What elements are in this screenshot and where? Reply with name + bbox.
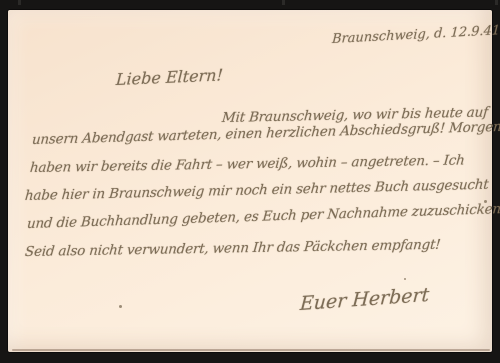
body-line: habe hier in Braunschweig mir noch ein s… [24, 177, 489, 204]
ink-dot [404, 278, 406, 280]
frame-notch [18, 0, 21, 5]
ink-dot [484, 200, 487, 203]
dateline: Braunschweig, d. 12.9.41 [332, 23, 500, 47]
photo-of-postcard: Braunschweig, d. 12.9.41 Liebe Eltern! M… [0, 0, 500, 363]
salutation: Liebe Eltern! [115, 65, 223, 89]
body-line: haben wir bereits die Fahrt – wer weiß, … [29, 152, 465, 176]
signature: Euer Herbert [299, 284, 430, 315]
frame-notch [495, 0, 498, 5]
frame-notch [282, 0, 285, 5]
ink-dot [119, 305, 122, 308]
body-line: und die Buchhandlung gebeten, es Euch pe… [26, 201, 500, 232]
postcard: Braunschweig, d. 12.9.41 Liebe Eltern! M… [8, 10, 492, 352]
body-line: Seid also nicht verwundert, wenn Ihr das… [24, 237, 441, 260]
